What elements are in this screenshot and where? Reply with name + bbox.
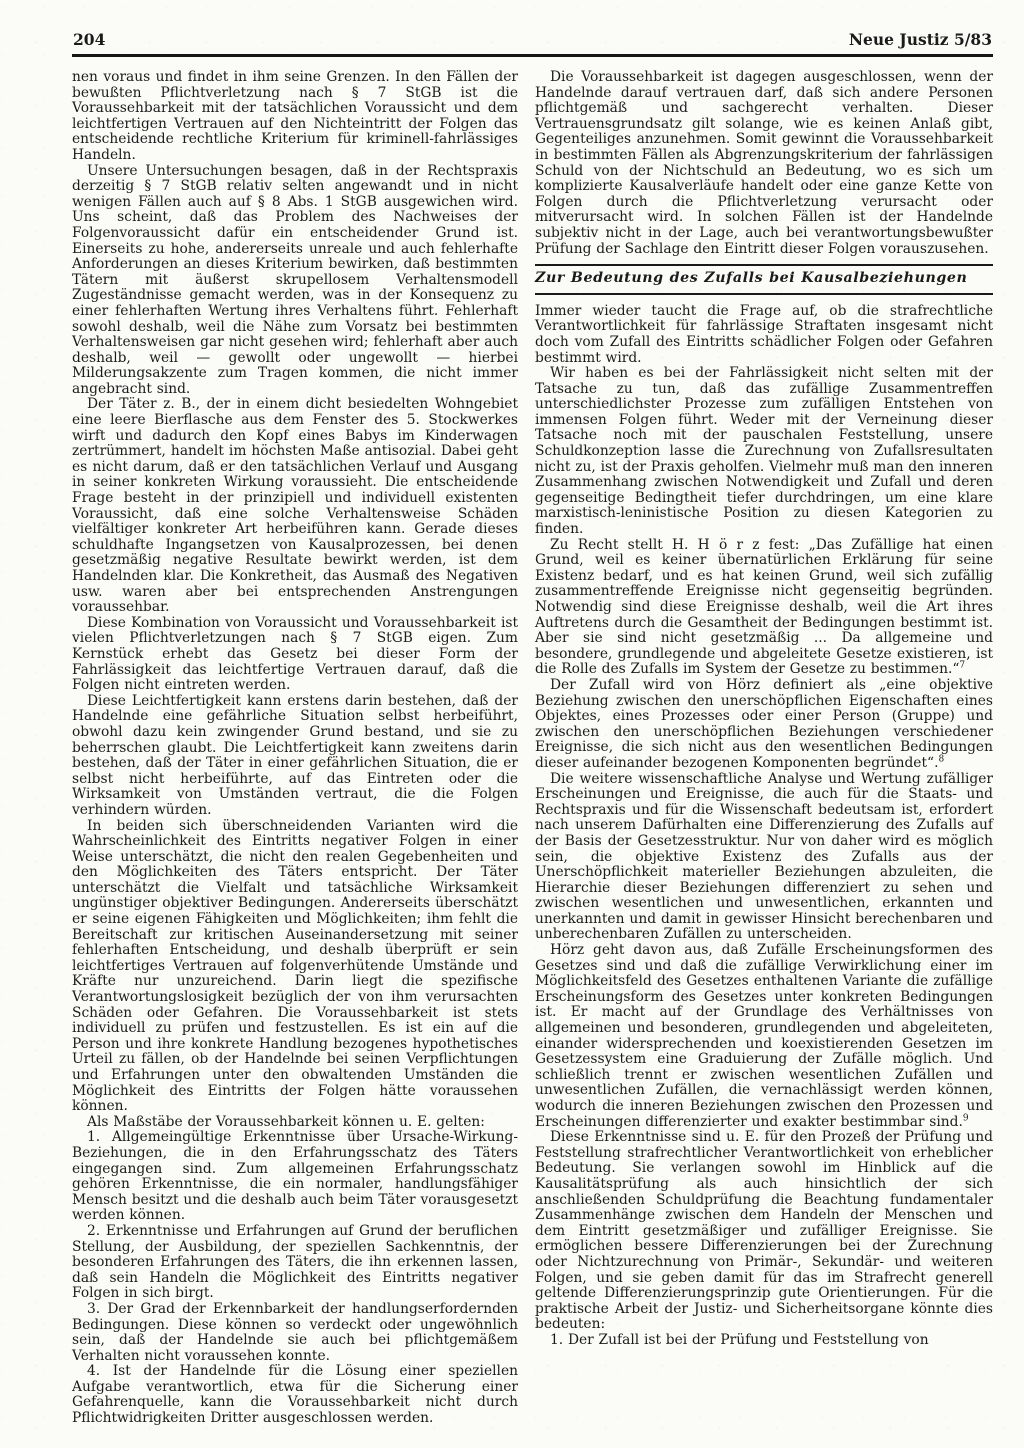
page-header: 204 Neue Justiz 5/83 bbox=[72, 30, 993, 49]
paragraph: 2. Erkenntnisse und Erfahrungen auf Grun… bbox=[72, 1224, 518, 1302]
section-heading: Zur Bedeutung des Zufalls bei Kausalbezi… bbox=[535, 271, 993, 287]
paragraph: Immer wieder taucht die Frage auf, ob di… bbox=[535, 304, 993, 366]
paragraph: Wir haben es bei der Fahrlässigkeit nich… bbox=[535, 366, 993, 538]
heading-rule-bottom bbox=[535, 293, 993, 295]
article-body: nen voraus und findet in ihm seine Grenz… bbox=[72, 70, 993, 1427]
footnote-marker: 7 bbox=[959, 661, 965, 671]
journal-issue-title: Neue Justiz 5/83 bbox=[849, 30, 992, 49]
footnote-marker: 9 bbox=[963, 1113, 969, 1123]
paragraph: Die Voraussehbarkeit ist dagegen ausgesc… bbox=[535, 70, 993, 257]
page-number: 204 bbox=[73, 30, 105, 49]
paragraph: 1. Der Zufall ist bei der Prüfung und Fe… bbox=[535, 1333, 993, 1349]
section-heading-block: Zur Bedeutung des Zufalls bei Kausalbezi… bbox=[535, 264, 993, 295]
paragraph: Der Zufall wird von Hörz definiert als „… bbox=[535, 678, 993, 772]
footnote-marker: 8 bbox=[938, 754, 944, 764]
paragraph: Diese Erkenntnisse sind u. E. für den Pr… bbox=[535, 1130, 993, 1333]
scanned-journal-page: 204 Neue Justiz 5/83 nen voraus und find… bbox=[0, 0, 1024, 1448]
page-content: 204 Neue Justiz 5/83 nen voraus und find… bbox=[0, 0, 1024, 1427]
right-text-column: Die Voraussehbarkeit ist dagegen ausgesc… bbox=[535, 70, 993, 1427]
paragraph: Unsere Untersuchungen besagen, daß in de… bbox=[72, 164, 518, 398]
paragraph: Der Täter z. B., der in einem dicht besi… bbox=[72, 397, 518, 615]
paragraph: Als Maßstäbe der Voraussehbarkeit können… bbox=[72, 1115, 518, 1131]
header-rule bbox=[72, 54, 993, 57]
paragraph: 3. Der Grad der Erkennbarkeit der handlu… bbox=[72, 1302, 518, 1364]
paragraph: 1. Allgemeingültige Erkenntnisse über Ur… bbox=[72, 1130, 518, 1224]
paragraph: nen voraus und findet in ihm seine Grenz… bbox=[72, 70, 518, 164]
heading-rule-top bbox=[535, 264, 993, 266]
paragraph: In beiden sich überschneidenden Variante… bbox=[72, 819, 518, 1115]
left-text-column: nen voraus und findet in ihm seine Grenz… bbox=[72, 70, 518, 1427]
paragraph: Hörz geht davon aus, daß Zufälle Erschei… bbox=[535, 943, 993, 1130]
paragraph: 4. Ist der Handelnde für die Lösung eine… bbox=[72, 1364, 518, 1426]
paragraph: Diese Leichtfertigkeit kann erstens dari… bbox=[72, 694, 518, 819]
paragraph: Die weitere wissenschaftliche Analyse un… bbox=[535, 772, 993, 944]
paragraph: Diese Kombination von Voraussicht und Vo… bbox=[72, 616, 518, 694]
paragraph: Zu Recht stellt H. H ö r z fest: „Das Zu… bbox=[535, 538, 993, 678]
